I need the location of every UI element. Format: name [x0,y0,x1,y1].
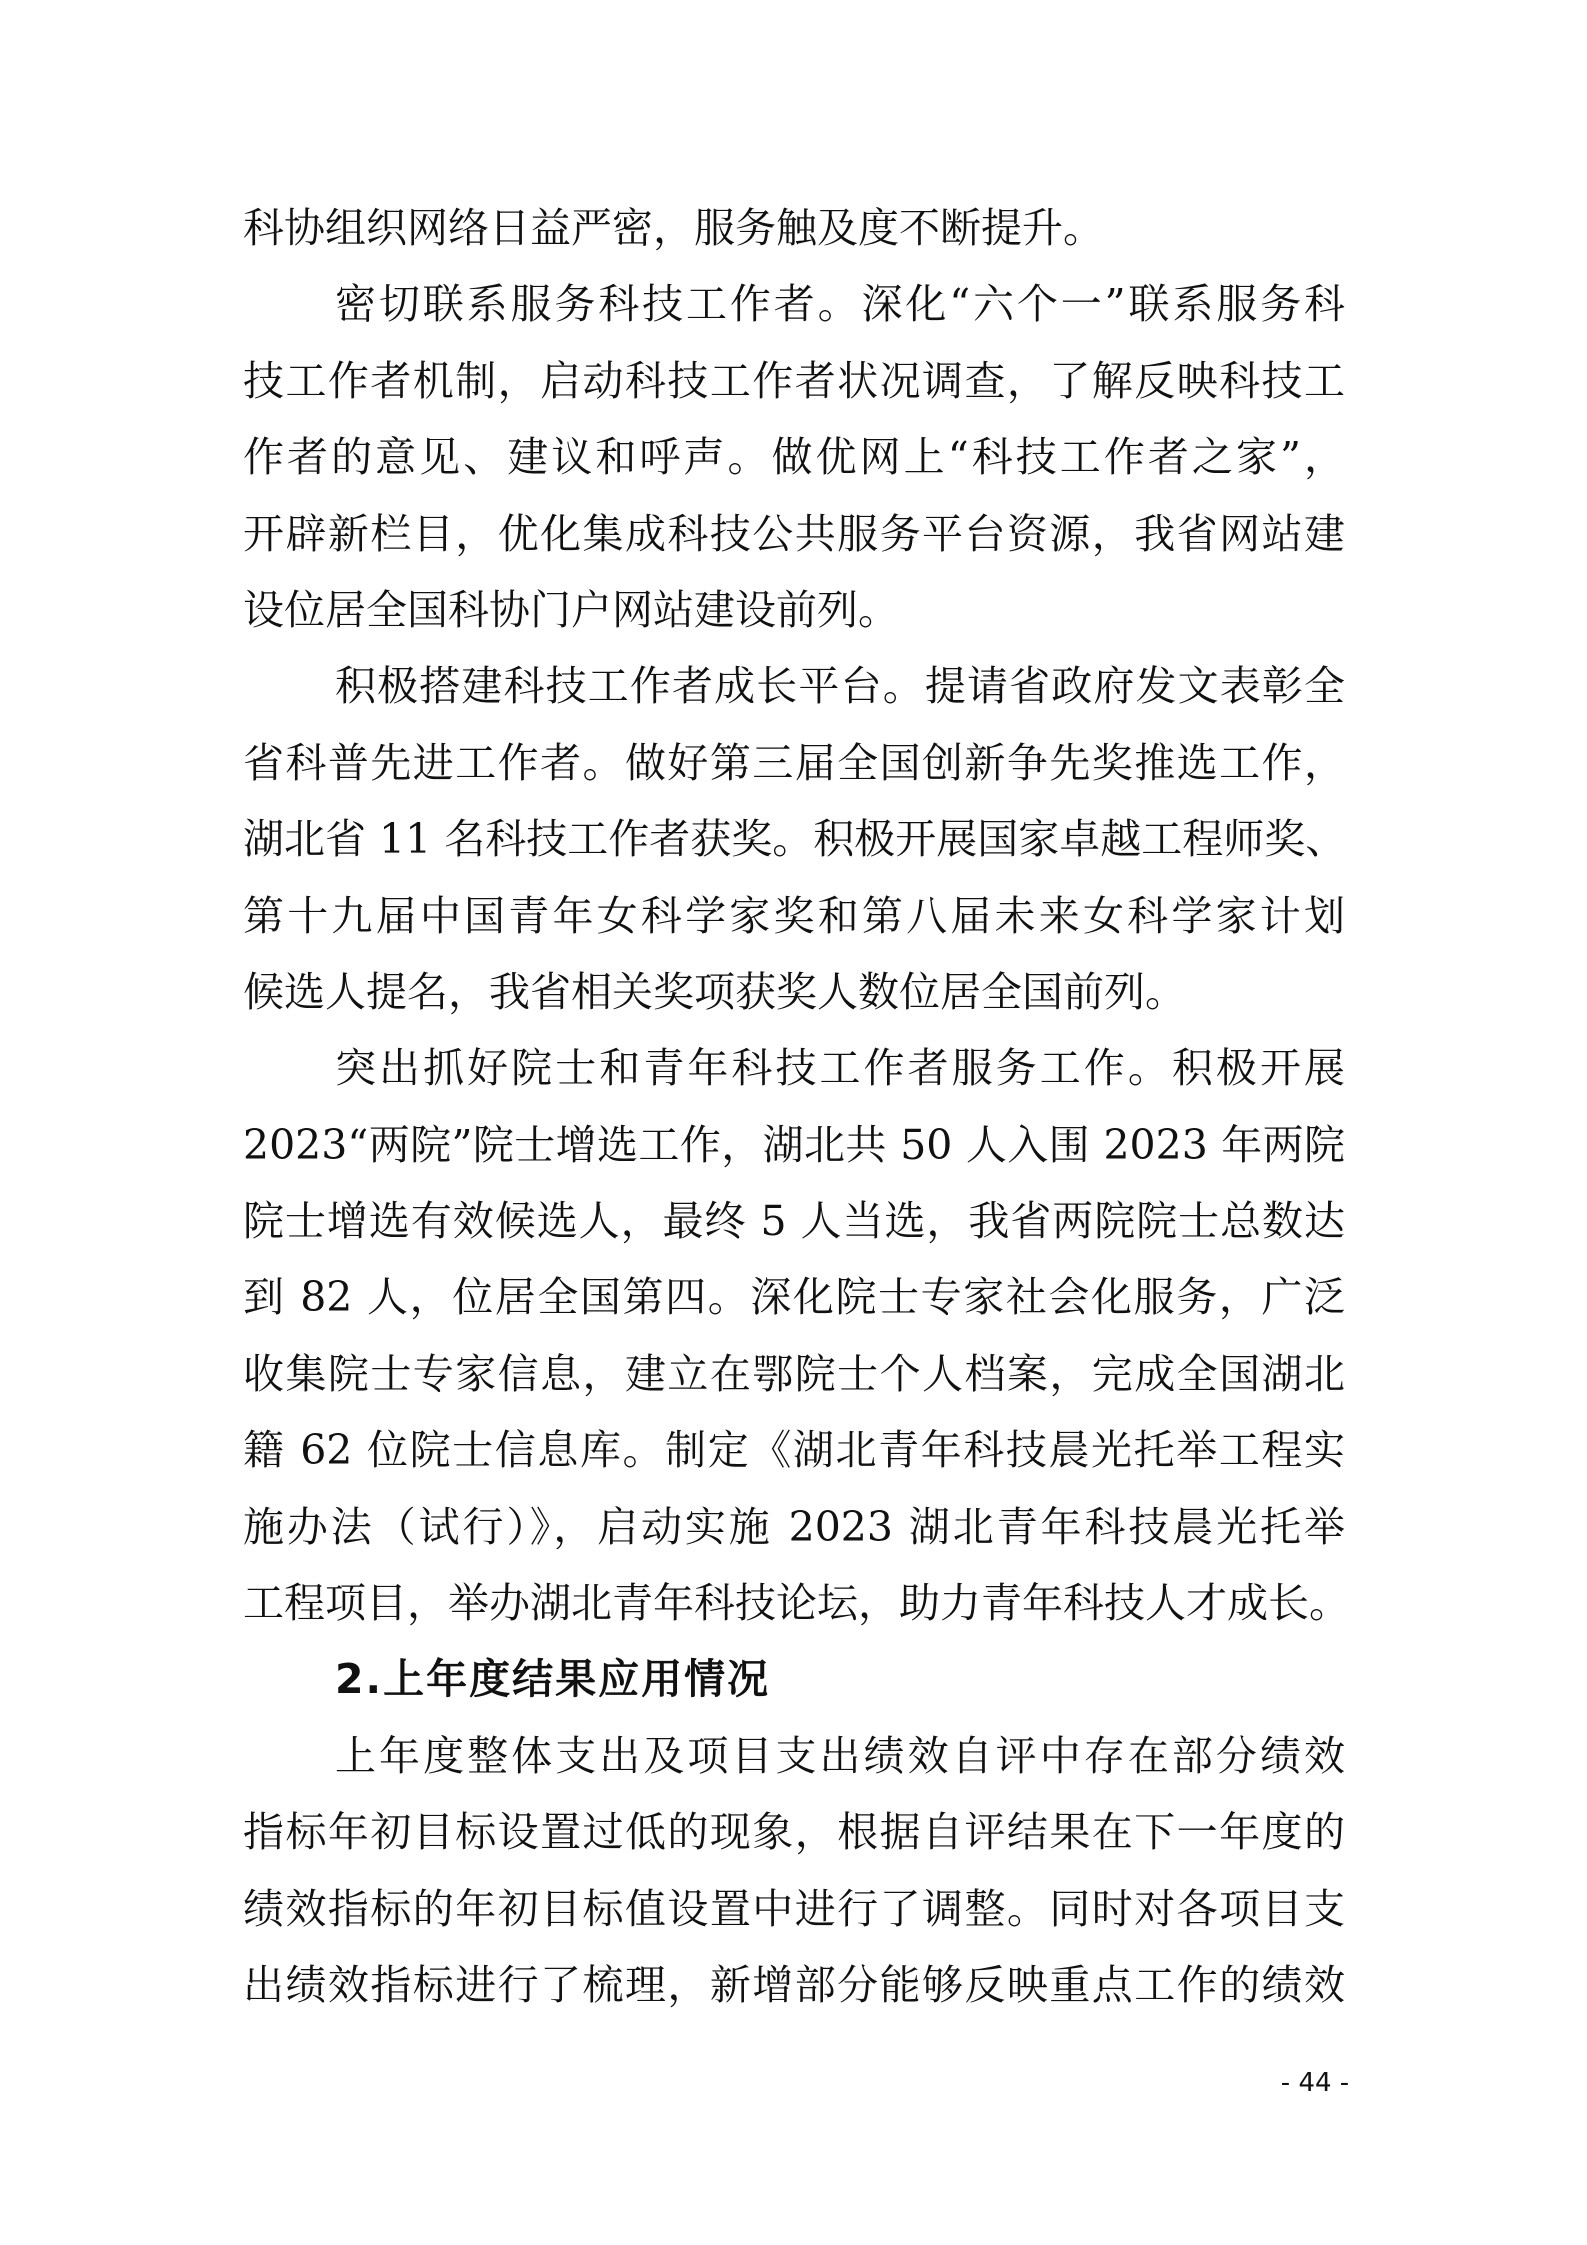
text-line: 上年度整体支出及项目支出绩效自评中存在部分绩效 [243,1718,1345,1794]
paragraph-academician-service: 突出抓好院士和青年科技工作者服务工作。积极开展 2023“两院”院士增选工作，湖… [243,1030,1345,1641]
text-line: 作者的意见、建议和呼声。做优网上“科技工作者之家”， [243,419,1345,495]
text-line: 突出抓好院士和青年科技工作者服务工作。积极开展 [243,1030,1345,1106]
text-line: 出绩效指标进行了梳理，新增部分能够反映重点工作的绩效 [243,1947,1345,2023]
text-line: 绩效指标的年初目标值设置中进行了调整。同时对各项目支 [243,1871,1345,1947]
section-heading: 2.上年度结果应用情况 [243,1641,1345,1717]
text-line: 指标年初目标设置过低的现象，根据自评结果在下一年度的 [243,1794,1345,1870]
text-line: 院士增选有效候选人，最终 5 人当选，我省两院院士总数达 [243,1183,1345,1259]
text-line: 到 82 人，位居全国第四。深化院士专家社会化服务，广泛 [243,1259,1345,1335]
text-line: 积极搭建科技工作者成长平台。提请省政府发文表彰全 [243,648,1345,724]
text-line: 省科普先进工作者。做好第三届全国创新争先奖推选工作， [243,725,1345,801]
paragraph-contact-service: 密切联系服务科技工作者。深化“六个一”联系服务科 技工作者机制，启动科技工作者状… [243,266,1345,648]
text-line: 第十九届中国青年女科学家奖和第八届未来女科学家计划 [243,878,1345,954]
paragraph-result-application: 上年度整体支出及项目支出绩效自评中存在部分绩效 指标年初目标设置过低的现象，根据… [243,1718,1345,2024]
text-line: 籍 62 位院士信息库。制定《湖北青年科技晨光托举工程实 [243,1412,1345,1488]
text-line: 2023“两院”院士增选工作，湖北共 50 人入围 2023 年两院 [243,1107,1345,1183]
text-line: 设位居全国科协门户网站建设前列。 [243,572,1345,648]
text-line: 施办法（试行）》，启动实施 2023 湖北青年科技晨光托举 [243,1489,1345,1565]
text-line: 湖北省 11 名科技工作者获奖。积极开展国家卓越工程师奖、 [243,801,1345,877]
page-number: - 44 - [1280,2068,1350,2098]
text-line: 密切联系服务科技工作者。深化“六个一”联系服务科 [243,266,1345,342]
text-line: 开辟新栏目，优化集成科技公共服务平台资源，我省网站建 [243,496,1345,572]
text-line: 候选人提名，我省相关奖项获奖人数位居全国前列。 [243,954,1345,1030]
paragraph-growth-platform: 积极搭建科技工作者成长平台。提请省政府发文表彰全 省科普先进工作者。做好第三届全… [243,648,1345,1030]
text-line: 收集院士专家信息，建立在鄂院士个人档案，完成全国湖北 [243,1336,1345,1412]
paragraph-continuation: 科协组织网络日益严密，服务触及度不断提升。 [243,190,1345,266]
document-page: 科协组织网络日益严密，服务触及度不断提升。 密切联系服务科技工作者。深化“六个一… [243,190,1345,2023]
text-line: 工程项目，举办湖北青年科技论坛，助力青年科技人才成长。 [243,1565,1345,1641]
text-line: 科协组织网络日益严密，服务触及度不断提升。 [243,190,1345,266]
text-line: 技工作者机制，启动科技工作者状况调查，了解反映科技工 [243,343,1345,419]
